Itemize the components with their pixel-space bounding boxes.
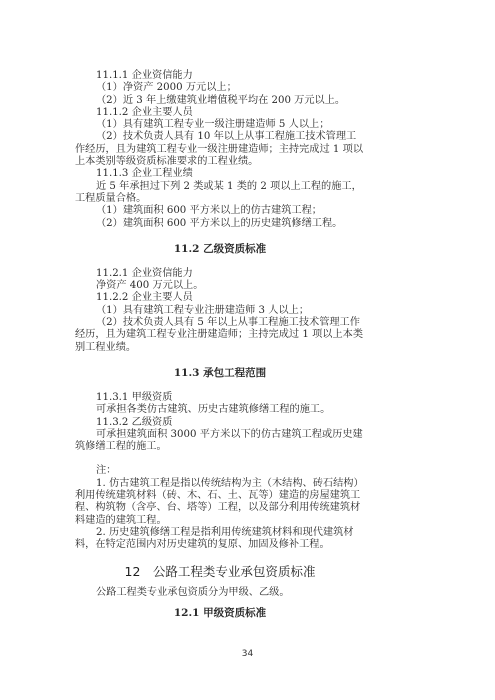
section-heading: 11.2.2 企业主要人员 bbox=[75, 292, 365, 304]
paragraph: 公路工程类专业承包资质分为甲级、乙级。 bbox=[75, 587, 365, 599]
paragraph: 可承担建筑面积 3000 平方米以下的仿古建筑工程或历史建筑修缮工程的施工。 bbox=[75, 429, 365, 454]
document-page: 11.1.1 企业资信能力 （1）净资产 2000 万元以上； （2）近 3 年… bbox=[0, 0, 495, 700]
list-item: （2）技术负责人具有 5 年以上从事工程施工技术管理工作经历，且为建筑工程专业注… bbox=[75, 317, 365, 354]
list-item: （2）建筑面积 600 平方米以上的历史建筑修缮工程。 bbox=[75, 218, 365, 230]
section-heading: 11.3.2 乙级资质 bbox=[75, 417, 365, 429]
list-item: （2）近 3 年上缴建筑业增值税平均在 200 万元以上。 bbox=[75, 95, 365, 107]
section-heading: 11.1.3 企业工程业绩 bbox=[75, 168, 365, 180]
chapter-title: 12 公路工程类专业承包资质标准 bbox=[75, 564, 365, 580]
section-heading: 11.1.1 企业资信能力 bbox=[75, 70, 365, 82]
note-item: 1. 仿古建筑工程是指以传统结构为主（木结构、砖石结构）利用传统建筑材料（砖、木… bbox=[75, 478, 365, 527]
paragraph: 可承担各类仿古建筑、历史古建筑修缮工程的施工。 bbox=[75, 404, 365, 416]
list-item: （2）技术负责人具有 10 年以上从事工程施工技术管理工作经历，且为建筑工程专业… bbox=[75, 131, 365, 168]
section-heading: 11.1.2 企业主要人员 bbox=[75, 107, 365, 119]
paragraph: 近 5 年承担过下列 2 类或某 1 类的 2 项以上工程的施工，工程质量合格。 bbox=[75, 181, 365, 206]
section-title: 12.1 甲级资质标准 bbox=[75, 606, 365, 620]
section-heading: 11.2.1 企业资信能力 bbox=[75, 268, 365, 280]
note-item: 2. 历史建筑修缮工程是指利用传统建筑材料和现代建筑材料，在特定范围内对历史建筑… bbox=[75, 527, 365, 552]
page-number: 34 bbox=[0, 649, 495, 659]
page-content: 11.1.1 企业资信能力 （1）净资产 2000 万元以上； （2）近 3 年… bbox=[75, 70, 365, 620]
section-heading: 11.3.1 甲级资质 bbox=[75, 392, 365, 404]
section-title: 11.2 乙级资质标准 bbox=[75, 242, 365, 256]
list-item: （1）具有建筑工程专业注册建造师 3 人以上； bbox=[75, 305, 365, 317]
notes-label: 注： bbox=[75, 465, 365, 477]
list-item: （1）建筑面积 600 平方米以上的仿古建筑工程； bbox=[75, 205, 365, 217]
list-item: （1）净资产 2000 万元以上； bbox=[75, 82, 365, 94]
section-title: 11.3 承包工程范围 bbox=[75, 366, 365, 380]
list-item: （1）具有建筑工程专业一级注册建造师 5 人以上； bbox=[75, 119, 365, 131]
paragraph: 净资产 400 万元以上。 bbox=[75, 280, 365, 292]
